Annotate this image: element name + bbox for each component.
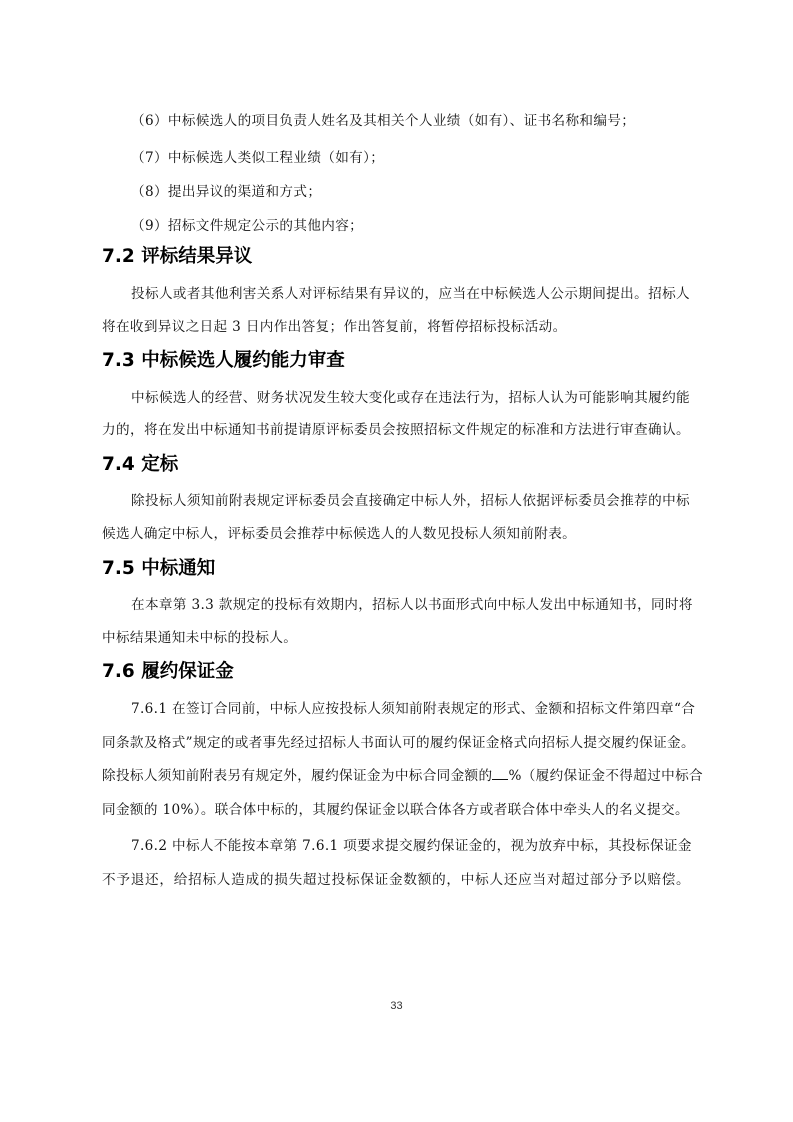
paragraph-line: 候选人确定中标人，评标委员会推荐中标候选人的人数见投标人须知前附表。 <box>102 525 576 543</box>
text-segment: 除投标人须知前附表另有规定外，履约保证金为中标合同金额的 <box>102 768 492 784</box>
page-number: 33 <box>0 1000 793 1012</box>
heading-7-5: 7.5 中标通知 <box>102 557 215 581</box>
text-segment: %（履约保证金不得超过中标合 <box>508 768 703 784</box>
fill-in-blank <box>492 767 508 780</box>
paragraph-line: 将在收到异议之日起 3 日内作出答复；作出答复前，将暂停招标投标活动。 <box>102 318 567 336</box>
heading-7-4: 7.4 定标 <box>102 453 178 477</box>
paragraph-line: 同金额的 10%）。联合体中标的，其履约保证金以联合体各方或者联合体中牵头人的名… <box>102 801 689 819</box>
list-item-8: （8）提出异议的渠道和方式； <box>131 183 321 201</box>
paragraph-line: 除投标人须知前附表另有规定外，履约保证金为中标合同金额的%（履约保证金不得超过中… <box>102 767 703 785</box>
list-item-9: （9）招标文件规定公示的其他内容； <box>131 217 363 235</box>
paragraph-line: 中标候选人的经营、财务状况发生较大变化或存在违法行为，招标人认为可能影响其履约能 <box>131 389 690 407</box>
list-item-7: （7）中标候选人类似工程业绩（如有）； <box>131 149 384 167</box>
paragraph-line: 力的，将在发出中标通知书前提请原评标委员会按照招标文件规定的标准和方法进行审查确… <box>102 421 690 439</box>
paragraph-line: 在本章第 3.3 款规定的投标有效期内，招标人以书面形式向中标人发出中标通知书，… <box>131 596 690 614</box>
list-item-6: （6）中标候选人的项目负责人姓名及其相关个人业绩（如有）、证书名称和编号； <box>131 112 635 130</box>
paragraph-line: 同条款及格式”规定的或者事先经过招标人书面认可的履约保证金格式向招标人提交履约保… <box>102 734 690 752</box>
heading-7-6: 7.6 履约保证金 <box>102 660 234 684</box>
paragraph-line: 7.6.1 在签订合同前，中标人应按投标人须知前附表规定的形式、金额和招标文件第… <box>131 700 690 718</box>
heading-7-2: 7.2 评标结果异议 <box>102 245 252 269</box>
heading-7-3: 7.3 中标候选人履约能力审查 <box>102 349 345 373</box>
paragraph-line: 除投标人须知前附表规定评标委员会直接确定中标人外，招标人依据评标委员会推荐的中标 <box>131 492 690 510</box>
paragraph-line: 中标结果通知未中标的投标人。 <box>102 629 297 647</box>
paragraph-line: 7.6.2 中标人不能按本章第 7.6.1 项要求提交履约保证金的，视为放弃中标… <box>131 837 690 855</box>
paragraph-line: 投标人或者其他利害关系人对评标结果有异议的，应当在中标候选人公示期间提出。招标人 <box>131 285 690 303</box>
paragraph-line: 不予退还，给招标人造成的损失超过投标保证金数额的，中标人还应当对超过部分予以赔偿… <box>102 871 690 889</box>
